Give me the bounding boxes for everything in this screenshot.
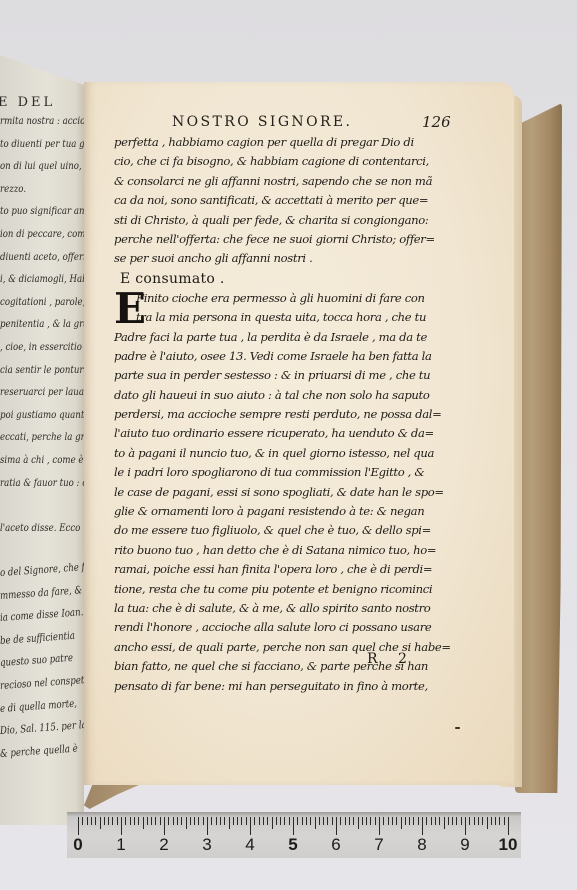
left-facing-page: E DEL rmita nostra : acciocheto diuenti … bbox=[0, 55, 84, 825]
page-number: 126 bbox=[422, 113, 451, 131]
ruler-tick bbox=[117, 817, 118, 825]
ruler-tick bbox=[362, 817, 363, 825]
ruler-tick bbox=[418, 817, 419, 825]
ruler-label: 8 bbox=[417, 835, 426, 855]
text-line: do me essere tuo figliuolo, & quel che è… bbox=[114, 521, 452, 540]
left-text-line: questo suo patre bbox=[0, 652, 73, 669]
text-line: se per suoi ancho gli affanni nostri . bbox=[114, 249, 452, 268]
ruler-tick bbox=[91, 817, 92, 825]
ruler-tick bbox=[340, 817, 341, 825]
ruler-tick bbox=[147, 817, 148, 825]
right-page: NOSTRO SIGNORE. 126 perfetta , habbiamo … bbox=[84, 82, 514, 785]
left-text-line: cogitationi , parole, & bbox=[0, 296, 84, 308]
ruler-tick bbox=[461, 817, 462, 825]
text-line: ca da noi, sono santificati, & accettati… bbox=[114, 191, 452, 210]
ruler-tick bbox=[315, 817, 316, 829]
left-text-line: cia sentir le ponture bbox=[0, 364, 84, 376]
ruler-tick bbox=[435, 817, 436, 825]
ruler-tick bbox=[487, 817, 488, 829]
ruler-tick bbox=[310, 817, 311, 825]
ruler-tick bbox=[280, 817, 281, 825]
ruler-tick bbox=[319, 817, 320, 825]
ruler-tick bbox=[508, 817, 509, 835]
ruler-tick bbox=[302, 817, 303, 825]
ruler-tick bbox=[272, 817, 273, 829]
ruler-tick bbox=[456, 817, 457, 825]
left-text-line: rmita nostra : accioche bbox=[0, 115, 84, 127]
drop-cap-lines: Finito cioche era permesso à gli huomini… bbox=[114, 289, 452, 328]
body-text: perfetta , habbiamo cagion per quella di… bbox=[114, 133, 452, 696]
left-text-line: ia come disse Ioan. bbox=[0, 606, 84, 624]
text-line: le i padri loro spogliarono di tua commi… bbox=[114, 463, 452, 482]
text-line: cio, che ci fa bisogno, & habbiam cagion… bbox=[114, 152, 452, 171]
ruler-tick bbox=[130, 817, 131, 825]
ruler-tick bbox=[186, 817, 187, 829]
ruler-tick bbox=[306, 817, 307, 825]
left-text-line: sima à chi , come è ama bbox=[0, 454, 84, 466]
ruler-tick bbox=[366, 817, 367, 825]
left-running-head: E DEL bbox=[0, 95, 55, 110]
ruler-tick bbox=[491, 817, 492, 825]
ruler-label: 6 bbox=[331, 835, 340, 855]
ruler-tick bbox=[431, 817, 432, 825]
text-line: ramai, poiche essi han finita l'opera lo… bbox=[114, 560, 452, 579]
text-line: tione, resta che tu come piu potente et … bbox=[114, 580, 452, 599]
ruler-tick bbox=[229, 817, 230, 829]
ruler-tick bbox=[504, 817, 505, 825]
text-line: sti di Christo, à quali per fede, & char… bbox=[114, 211, 452, 230]
ruler-tick bbox=[143, 817, 144, 829]
ruler-tick bbox=[220, 817, 221, 825]
torn-paper-fragment bbox=[84, 785, 139, 809]
text-line: la tua: che è di salute, & à me, & allo … bbox=[114, 599, 452, 618]
left-text-line: on di lui quel uino, che bbox=[0, 160, 84, 172]
ruler-label: 0 bbox=[73, 835, 82, 855]
paragraph-body: Padre faci la parte tua , la perdita è d… bbox=[114, 328, 452, 696]
ruler-tick bbox=[87, 817, 88, 825]
ruler-tick bbox=[392, 817, 393, 825]
text-line: & consolarci ne gli affanni nostri, sape… bbox=[114, 172, 452, 191]
ruler-tick bbox=[211, 817, 212, 825]
left-text-line: to puo significar ancho bbox=[0, 205, 84, 217]
ruler-tick bbox=[284, 817, 285, 825]
left-text-line: diuenti aceto, offerim bbox=[0, 251, 84, 263]
ruler-tick bbox=[233, 817, 234, 825]
ruler-tick bbox=[336, 817, 337, 835]
signature-mark: R 2 bbox=[367, 651, 415, 667]
ruler-tick bbox=[383, 817, 384, 825]
ruler-tick bbox=[379, 817, 380, 835]
ruler-label: 3 bbox=[202, 835, 211, 855]
ruler-tick bbox=[134, 817, 135, 825]
ruler-tick bbox=[177, 817, 178, 825]
ruler-tick bbox=[207, 817, 208, 835]
ruler-tick bbox=[224, 817, 225, 825]
ruler-tick bbox=[289, 817, 290, 825]
ruler-tick bbox=[108, 817, 109, 825]
section-heading: E consumato . bbox=[114, 269, 452, 289]
ruler-label: 7 bbox=[374, 835, 383, 855]
ruler-tick bbox=[155, 817, 156, 825]
text-line: glie & ornamenti loro à pagani resistend… bbox=[114, 502, 452, 521]
ruler-tick bbox=[439, 817, 440, 825]
left-text-line: penitentia , & la gratia bbox=[0, 318, 84, 330]
ruler-tick bbox=[250, 817, 251, 835]
ruler-tick bbox=[216, 817, 217, 825]
ruler-label: 1 bbox=[116, 835, 125, 855]
ruler-tick bbox=[375, 817, 376, 825]
ruler-tick bbox=[263, 817, 264, 825]
ruler-label: 2 bbox=[159, 835, 168, 855]
text-line: parte sua in perder sestesso : & in priu… bbox=[114, 366, 452, 385]
ruler-label: 5 bbox=[288, 835, 297, 855]
text-line: padre è l'aiuto, osee 13. Vedi come Isra… bbox=[114, 347, 452, 366]
text-line: rendi l'honore , accioche alla salute lo… bbox=[114, 618, 452, 637]
left-text-line: l'aceto disse. Ecco bbox=[0, 522, 80, 534]
ruler-tick bbox=[173, 817, 174, 825]
ruler-tick bbox=[358, 817, 359, 829]
ruler-tick bbox=[499, 817, 500, 825]
ruler-tick bbox=[448, 817, 449, 825]
ruler-tick bbox=[125, 817, 126, 825]
paper-blemish bbox=[455, 727, 460, 729]
ruler-tick bbox=[297, 817, 298, 825]
running-head: NOSTRO SIGNORE. bbox=[172, 114, 352, 130]
ruler-label: 4 bbox=[245, 835, 254, 855]
ruler-label: 10 bbox=[499, 835, 518, 855]
book-photograph: E DEL rmita nostra : acciocheto diuenti … bbox=[0, 0, 577, 890]
ruler-tick bbox=[452, 817, 453, 825]
text-line: to à pagani il nuncio tuo, & in quel gio… bbox=[114, 444, 452, 463]
paragraph-continuation: perfetta , habbiamo cagion per quella di… bbox=[114, 133, 452, 269]
ruler-tick bbox=[478, 817, 479, 825]
left-text-line: ratia & fauor tuo : che bbox=[0, 477, 84, 489]
ruler-tick bbox=[168, 817, 169, 825]
text-line: perdersi, ma accioche sempre resti perdu… bbox=[114, 405, 452, 424]
text-line: le case de pagani, essi si sono spogliat… bbox=[114, 483, 452, 502]
left-text-line: reseruarci per lauare, bbox=[0, 386, 84, 398]
ruler-tick bbox=[190, 817, 191, 825]
ruler-tick bbox=[203, 817, 204, 825]
text-line: dato gli haueui in suo aiuto : à tal che… bbox=[114, 386, 452, 405]
vellum-cover-edge bbox=[515, 103, 562, 793]
ruler-tick bbox=[164, 817, 165, 835]
left-text-line: be de sufficientia bbox=[0, 630, 75, 647]
text-line: Finito cioche era permesso à gli huomini… bbox=[136, 289, 452, 308]
ruler-tick bbox=[246, 817, 247, 825]
left-text-line: ion di peccare, come fa bbox=[0, 228, 84, 240]
ruler-tick bbox=[276, 817, 277, 825]
drop-cap-paragraph: E Finito cioche era permesso à gli huomi… bbox=[114, 289, 452, 328]
left-text-line: , cioe, in essercitio della bbox=[0, 341, 84, 353]
ruler-tick bbox=[465, 817, 466, 835]
left-text-line: & perche quella è bbox=[0, 742, 78, 759]
left-text-line: mmesso da fare, & che bbox=[0, 583, 84, 602]
ruler-tick bbox=[181, 817, 182, 825]
text-line: tra la mia persona in questa uita, tocca… bbox=[136, 308, 452, 327]
ruler-tick bbox=[82, 817, 83, 825]
ruler-tick bbox=[349, 817, 350, 825]
ruler-tick bbox=[254, 817, 255, 825]
ruler-tick bbox=[293, 817, 294, 835]
ruler-tick bbox=[469, 817, 470, 825]
ruler-tick bbox=[422, 817, 423, 835]
ruler-tick bbox=[237, 817, 238, 825]
ruler-tick bbox=[495, 817, 496, 825]
ruler-tick bbox=[323, 817, 324, 825]
ruler-tick bbox=[353, 817, 354, 825]
left-text-line: to diuenti per tua gra bbox=[0, 138, 84, 150]
ruler-tick bbox=[332, 817, 333, 825]
ruler-tick bbox=[198, 817, 199, 825]
left-text-line: poi gustiamo quante bbox=[0, 409, 84, 421]
ruler-tick bbox=[95, 817, 96, 825]
ruler-tick bbox=[194, 817, 195, 825]
left-text-line: o del Signore, che fini bbox=[0, 560, 84, 579]
text-line: l'aiuto tuo ordinario essere ricuperato,… bbox=[114, 424, 452, 443]
ruler-tick bbox=[345, 817, 346, 825]
ruler-tick bbox=[426, 817, 427, 825]
ruler-tick bbox=[388, 817, 389, 825]
text-line: Padre faci la parte tua , la perdita è d… bbox=[114, 328, 452, 347]
left-text-line: eccati, perche la gras bbox=[0, 431, 84, 443]
ruler-tick bbox=[160, 817, 161, 825]
scale-ruler: 012345678910 bbox=[67, 812, 521, 858]
text-line: perche nell'offerta: che fece ne suoi gi… bbox=[114, 230, 452, 249]
ruler-tick bbox=[370, 817, 371, 825]
ruler-tick bbox=[401, 817, 402, 829]
text-line: pensato di far bene: mi han perseguitato… bbox=[114, 677, 452, 696]
drop-cap-initial: E bbox=[114, 289, 146, 329]
ruler-tick bbox=[104, 817, 105, 825]
left-text-line: rezzo. bbox=[0, 183, 26, 195]
ruler-tick bbox=[409, 817, 410, 825]
left-text-line: e di quella morte, bbox=[0, 697, 77, 714]
ruler-tick bbox=[151, 817, 152, 825]
ruler-tick bbox=[138, 817, 139, 825]
ruler-tick bbox=[413, 817, 414, 825]
ruler-tick bbox=[259, 817, 260, 825]
ruler-tick bbox=[327, 817, 328, 825]
ruler-tick bbox=[267, 817, 268, 825]
ruler-tick bbox=[112, 817, 113, 825]
ruler-tick bbox=[482, 817, 483, 825]
ruler-tick bbox=[444, 817, 445, 829]
ruler-tick bbox=[100, 817, 101, 829]
ruler-tick bbox=[396, 817, 397, 825]
left-text-line: recioso nel conspetto bbox=[0, 674, 84, 692]
left-text-line: i, & diciamogli, Habb bbox=[0, 273, 84, 285]
text-line: rito buono tuo , han detto che è di Sata… bbox=[114, 541, 452, 560]
left-text-line: Dio, Sal. 115. per la mo bbox=[0, 718, 84, 737]
ruler-tick bbox=[241, 817, 242, 825]
ruler-ticks bbox=[78, 817, 508, 837]
ruler-tick bbox=[474, 817, 475, 825]
ruler-label: 9 bbox=[460, 835, 469, 855]
text-line: perfetta , habbiamo cagion per quella di… bbox=[114, 133, 452, 152]
ruler-tick bbox=[78, 817, 79, 835]
ruler-tick bbox=[405, 817, 406, 825]
ruler-tick bbox=[121, 817, 122, 835]
